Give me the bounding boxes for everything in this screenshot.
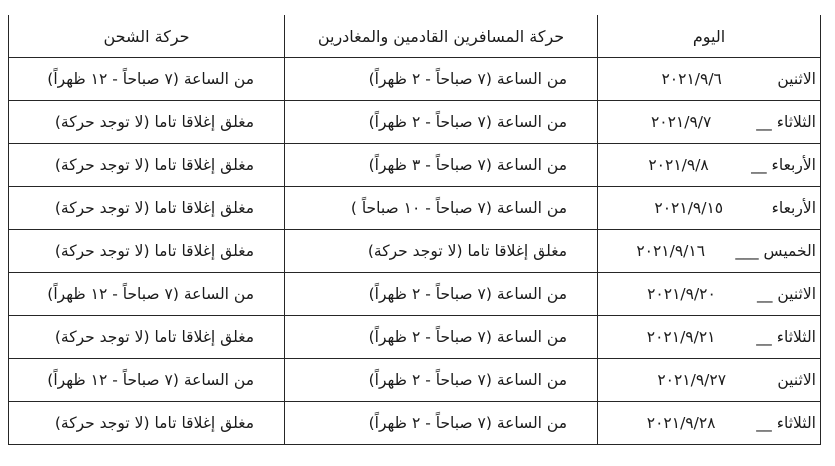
table-row: الثلاثاء __ ٢٠٢١/٩/٧ من الساعة (٧ صباحاً… [9,101,821,144]
day-date: ٢٠٢١/٩/١٥ [606,199,772,217]
table-row: الاثنين ٢٠٢١/٩/٢٧ من الساعة (٧ صباحاً - … [9,359,821,402]
cargo-hours: من الساعة (٧ صباحاً - ١٢ ظهراً) [9,273,285,316]
column-header-passengers: حركة المسافرين القادمين والمغادرين [285,15,598,58]
day-cell: الثلاثاء __ ٢٠٢١/٩/٧ [598,101,821,144]
day-cell: الاثنين ٢٠٢١/٩/٢٧ [598,359,821,402]
cargo-hours: مغلق إغلاقا تاما (لا توجد حركة) [9,402,285,445]
cargo-hours: مغلق إغلاقا تاما (لا توجد حركة) [9,230,285,273]
passengers-hours: مغلق إغلاقا تاما (لا توجد حركة) [285,230,598,273]
day-cell: الثلاثاء __ ٢٠٢١/٩/٢١ [598,316,821,359]
day-date: ٢٠٢١/٩/٢٠ [606,285,757,303]
day-name: الثلاثاء __ [756,328,816,346]
table-row: الاثنين __ ٢٠٢١/٩/٢٠ من الساعة (٧ صباحاً… [9,273,821,316]
day-cell-content: الاثنين __ ٢٠٢١/٩/٢٠ [606,285,816,303]
header-row: اليوم حركة المسافرين القادمين والمغادرين… [9,15,821,58]
table-row: الثلاثاء __ ٢٠٢١/٩/٢٨ من الساعة (٧ صباحا… [9,402,821,445]
day-date: ٢٠٢١/٩/٨ [606,156,751,174]
table-row: الأربعاء ٢٠٢١/٩/١٥ من الساعة (٧ صباحاً -… [9,187,821,230]
day-cell-content: الأربعاء ٢٠٢١/٩/١٥ [606,199,816,217]
passengers-hours: من الساعة (٧ صباحاً - ٣ ظهراً) [285,144,598,187]
table-row: الأربعاء __ ٢٠٢١/٩/٨ من الساعة (٧ صباحاً… [9,144,821,187]
day-date: ٢٠٢١/٩/٢٧ [606,371,777,389]
day-date: ٢٠٢١/٩/٢٨ [606,414,756,432]
day-name: الأربعاء [772,199,816,217]
column-header-day: اليوم [598,15,821,58]
cargo-hours: مغلق إغلاقا تاما (لا توجد حركة) [9,316,285,359]
cargo-hours: مغلق إغلاقا تاما (لا توجد حركة) [9,144,285,187]
day-cell-content: الأربعاء __ ٢٠٢١/٩/٨ [606,156,816,174]
day-cell: الثلاثاء __ ٢٠٢١/٩/٢٨ [598,402,821,445]
column-header-cargo: حركة الشحن [9,15,285,58]
day-cell-content: الاثنين ٢٠٢١/٩/٢٧ [606,371,816,389]
day-cell: الاثنين ٢٠٢١/٩/٦ [598,58,821,101]
passengers-hours: من الساعة (٧ صباحاً - ٢ ظهراً) [285,402,598,445]
cargo-hours: مغلق إغلاقا تاما (لا توجد حركة) [9,101,285,144]
passengers-hours: من الساعة (٧ صباحاً - ٢ ظهراً) [285,101,598,144]
day-name: الاثنين [777,371,816,389]
day-date: ٢٠٢١/٩/٢١ [606,328,756,346]
passengers-hours: من الساعة (٧ صباحاً - ٢ ظهراً) [285,359,598,402]
day-date: ٢٠٢١/٩/٦ [606,70,777,88]
table-row: الخميس ___ ٢٠٢١/٩/١٦ مغلق إغلاقا تاما (ل… [9,230,821,273]
day-cell: الاثنين __ ٢٠٢١/٩/٢٠ [598,273,821,316]
flight-schedule-table: اليوم حركة المسافرين القادمين والمغادرين… [8,15,821,445]
cargo-hours: من الساعة (٧ صباحاً - ١٢ ظهراً) [9,359,285,402]
day-name: الأربعاء __ [751,156,816,174]
day-name: الثلاثاء __ [756,414,816,432]
passengers-hours: من الساعة (٧ صباحاً - ٢ ظهراً) [285,316,598,359]
day-name: الاثنين [777,70,816,88]
day-name: الثلاثاء __ [756,113,816,131]
day-cell: الأربعاء ٢٠٢١/٩/١٥ [598,187,821,230]
day-cell: الخميس ___ ٢٠٢١/٩/١٦ [598,230,821,273]
table-row: الثلاثاء __ ٢٠٢١/٩/٢١ من الساعة (٧ صباحا… [9,316,821,359]
day-name: الخميس ___ [735,242,816,260]
passengers-hours: من الساعة (٧ صباحاً - ٢ ظهراً) [285,58,598,101]
day-cell-content: الثلاثاء __ ٢٠٢١/٩/٧ [606,113,816,131]
day-cell-content: الخميس ___ ٢٠٢١/٩/١٦ [606,242,816,260]
passengers-hours: من الساعة (٧ صباحاً - ١٠ صباحاً ) [285,187,598,230]
table-row: الاثنين ٢٠٢١/٩/٦ من الساعة (٧ صباحاً - ٢… [9,58,821,101]
day-cell: الأربعاء __ ٢٠٢١/٩/٨ [598,144,821,187]
day-cell-content: الثلاثاء __ ٢٠٢١/٩/٢١ [606,328,816,346]
day-date: ٢٠٢١/٩/١٦ [606,242,735,260]
day-name: الاثنين __ [757,285,816,303]
cargo-hours: من الساعة (٧ صباحاً - ١٢ ظهراً) [9,58,285,101]
day-cell-content: الثلاثاء __ ٢٠٢١/٩/٢٨ [606,414,816,432]
day-date: ٢٠٢١/٩/٧ [606,113,756,131]
passengers-hours: من الساعة (٧ صباحاً - ٢ ظهراً) [285,273,598,316]
cargo-hours: مغلق إغلاقا تاما (لا توجد حركة) [9,187,285,230]
day-cell-content: الاثنين ٢٠٢١/٩/٦ [606,70,816,88]
